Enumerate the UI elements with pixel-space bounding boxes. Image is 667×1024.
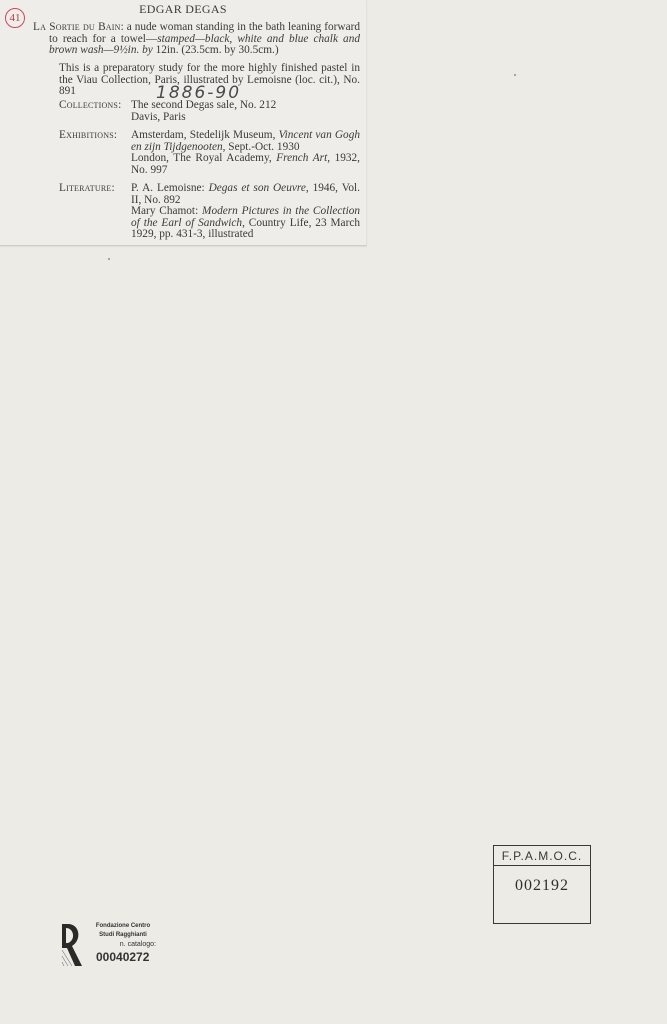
artwork-title: La Sortie du Bain	[33, 21, 121, 33]
exhibition-item: Amsterdam, Stedelijk Museum, Vincent van…	[131, 130, 360, 153]
collection-item: Davis, Paris	[131, 112, 360, 124]
paper-speck	[514, 74, 516, 76]
artwork-entry: La Sortie du Bain: a nude woman standing…	[33, 22, 360, 57]
stamp-header: F.P.A.M.O.C.	[494, 846, 590, 866]
ragghianti-logo-icon	[60, 920, 84, 968]
catalog-number: 00040272	[96, 950, 156, 964]
foundation-label: Fondazione Centro Studi Ragghianti n. ca…	[90, 922, 156, 964]
exhibition-item: London, The Royal Academy, French Art, 1…	[131, 153, 360, 176]
stamp-number: 002192	[494, 877, 590, 895]
literature-item: Mary Chamot: Modern Pictures in the Coll…	[131, 206, 360, 241]
paper-speck	[108, 258, 110, 260]
collections-label: Collections:	[59, 100, 129, 112]
collection-item: The second Degas sale, No. 212	[131, 100, 360, 112]
catalog-label: n. catalogo:	[90, 940, 156, 950]
foundation-name-1: Fondazione Centro	[90, 922, 156, 931]
literature-item: P. A. Lemoisne: Degas et son Oeuvre, 194…	[131, 183, 360, 206]
foundation-name-2: Studi Ragghianti	[90, 931, 156, 940]
artist-heading: EDGAR DEGAS	[0, 2, 366, 17]
literature-label: Literature:	[59, 183, 129, 195]
catalog-clipping: 41 EDGAR DEGAS La Sortie du Bain: a nude…	[0, 0, 367, 246]
exhibitions-label: Exhibitions:	[59, 130, 129, 142]
artwork-description: La Sortie du Bain: a nude woman standing…	[33, 22, 360, 57]
fpamoc-stamp: F.P.A.M.O.C. 002192	[493, 845, 591, 924]
